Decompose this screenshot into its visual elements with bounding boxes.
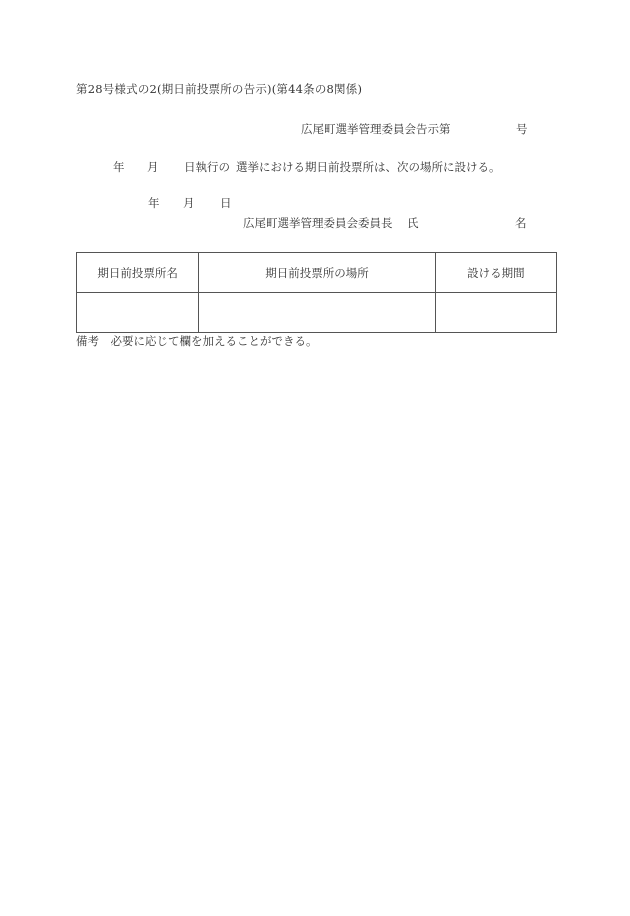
notice-number-suffix: 号 <box>516 124 528 136</box>
notice-issuer: 広尾町選挙管理委員会告示第 <box>301 124 451 136</box>
notice-sentence: 選挙における期日前投票所は、次の場所に設ける。 <box>236 162 501 174</box>
signature-month-label: 月 <box>183 198 195 210</box>
election-year-label: 年 <box>113 162 125 174</box>
cell-period <box>435 293 556 333</box>
table-header-row: 期日前投票所名 期日前投票所の場所 設ける期間 <box>77 253 557 293</box>
election-month-label: 月 <box>147 162 159 174</box>
signature-year-label: 年 <box>148 198 160 210</box>
header-period: 設ける期間 <box>435 253 556 293</box>
signer-name-prefix: 氏 <box>407 218 419 230</box>
cell-station-name <box>77 293 199 333</box>
polling-station-table: 期日前投票所名 期日前投票所の場所 設ける期間 <box>76 252 557 333</box>
cell-station-location <box>199 293 435 333</box>
table-row <box>77 293 557 333</box>
signature-day-label: 日 <box>220 198 232 210</box>
header-station-name: 期日前投票所名 <box>77 253 199 293</box>
form-title: 第28号様式の2(期日前投票所の告示)(第44条の8関係) <box>76 84 362 96</box>
remarks-note: 備考 必要に応じて欄を加えることができる。 <box>76 336 318 348</box>
signer-name-suffix: 名 <box>515 218 527 230</box>
signer-title: 広尾町選挙管理委員会委員長 <box>243 218 393 230</box>
election-day-label: 日執行の <box>184 162 230 174</box>
header-station-location: 期日前投票所の場所 <box>199 253 435 293</box>
